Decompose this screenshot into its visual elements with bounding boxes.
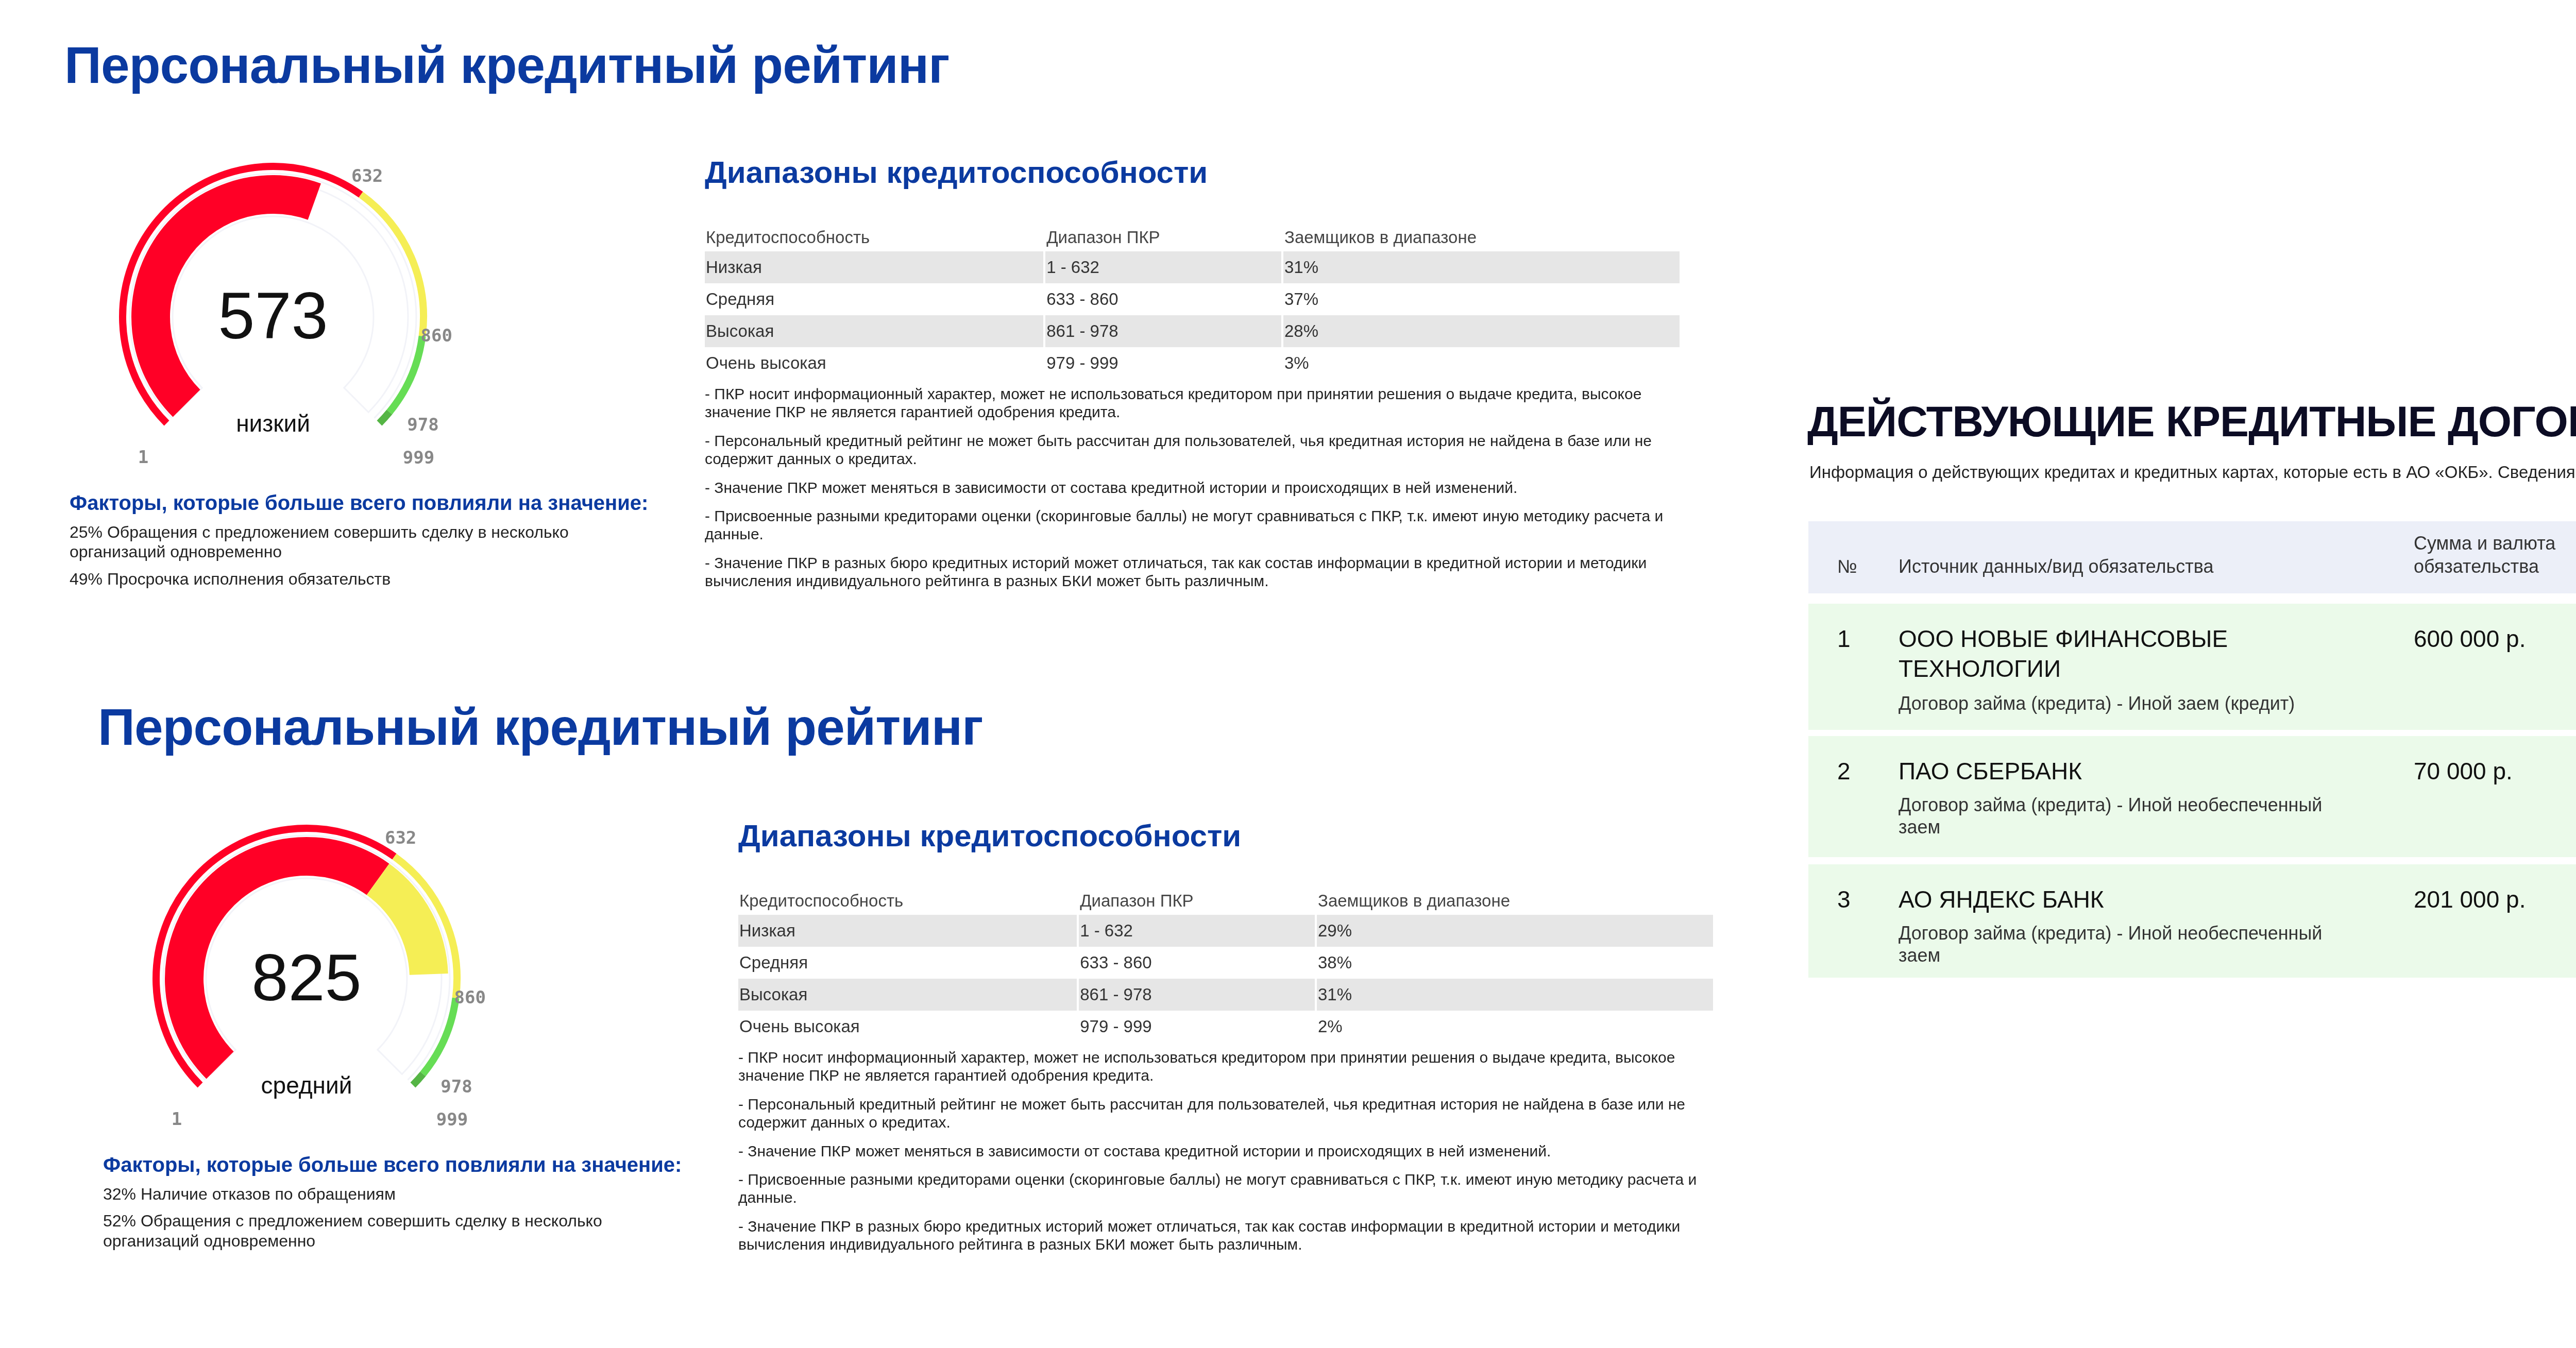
col-borrowers-share: Заемщиков в диапазоне bbox=[1283, 216, 1680, 251]
contract-row[interactable]: 3 АО ЯНДЕКС БАНК Договор займа (кредита)… bbox=[1808, 864, 2576, 978]
notes-1: - ПКР носит информационный характер, мож… bbox=[705, 385, 1684, 601]
col-creditworthiness: Кредитоспособность bbox=[705, 216, 1043, 251]
factor-item: 49% Просрочка исполнения обязательств bbox=[70, 569, 662, 589]
col-num: № bbox=[1837, 555, 1857, 578]
contracts-title: Действующие кредитные договоры bbox=[1807, 397, 2576, 447]
cell: 28% bbox=[1283, 315, 1680, 347]
cell: Средняя bbox=[705, 283, 1043, 315]
cell: Высокая bbox=[705, 315, 1043, 347]
obligation-type: Договор займа (кредита) - Иной необеспеч… bbox=[1899, 794, 2352, 838]
credit-score-value: 573 bbox=[67, 278, 479, 354]
cell: 37% bbox=[1283, 283, 1680, 315]
amount: 201 000 р. bbox=[2414, 885, 2526, 915]
row-num: 2 bbox=[1837, 757, 1851, 787]
table-row: Средняя 633 - 860 37% bbox=[705, 283, 1680, 315]
note: - Значение ПКР может меняться в зависимо… bbox=[738, 1142, 1717, 1161]
note: - Персональный кредитный рейтинг не може… bbox=[705, 432, 1684, 469]
cell: Высокая bbox=[738, 979, 1077, 1011]
cell: 3% bbox=[1283, 347, 1680, 379]
cell: Очень высокая bbox=[705, 347, 1043, 379]
cell: 38% bbox=[1317, 947, 1713, 979]
table-row: Средняя 633 - 860 38% bbox=[738, 947, 1713, 979]
factors-title: Факторы, которые больше всего повлияли н… bbox=[103, 1154, 696, 1177]
cell: 861 - 978 bbox=[1079, 979, 1315, 1011]
contracts-subtitle: Информация о действующих кредитах и кред… bbox=[1809, 463, 2576, 482]
panel-2-title: Персональный кредитный рейтинг bbox=[98, 698, 983, 757]
ranges-title-1: Диапазоны кредитоспособности bbox=[705, 155, 1208, 190]
cell: 861 - 978 bbox=[1045, 315, 1281, 347]
cell: 1 - 632 bbox=[1079, 915, 1315, 947]
obligation-type: Договор займа (кредита) - Иной заем (кре… bbox=[1899, 692, 2362, 714]
table-row: Очень высокая 979 - 999 2% bbox=[738, 1011, 1713, 1043]
row-num: 3 bbox=[1837, 885, 1851, 915]
credit-score-gauge-2: 1632860978999 825 средний bbox=[100, 809, 513, 1138]
gauge-tick-label: 632 bbox=[385, 828, 416, 848]
gauge-tick-label: 1 bbox=[172, 1109, 182, 1130]
creditor-name: ООО НОВЫЕ ФИНАНСОВЫЕ ТЕХНОЛОГИИ bbox=[1899, 624, 2362, 684]
note: - Значение ПКР может меняться в зависимо… bbox=[705, 479, 1684, 497]
table-row: Низкая 1 - 632 31% bbox=[705, 251, 1680, 283]
cell: 979 - 999 bbox=[1045, 347, 1281, 379]
note: - Персональный кредитный рейтинг не може… bbox=[738, 1096, 1717, 1132]
row-num: 1 bbox=[1837, 624, 1851, 654]
ranges-table-2: Кредитоспособность Диапазон ПКР Заемщико… bbox=[736, 880, 1715, 1043]
gauge-tick-label: 1 bbox=[138, 447, 148, 468]
factor-item: 25% Обращения с предложением совершить с… bbox=[70, 522, 662, 562]
cell: Очень высокая bbox=[738, 1011, 1077, 1043]
cell: Средняя bbox=[738, 947, 1077, 979]
factors-title: Факторы, которые больше всего повлияли н… bbox=[70, 492, 662, 515]
col-pkr-range: Диапазон ПКР bbox=[1045, 216, 1281, 251]
note: - Присвоенные разными кредиторами оценки… bbox=[738, 1171, 1717, 1207]
creditor-name: ПАО СБЕРБАНК bbox=[1899, 757, 2362, 787]
table-row: Очень высокая 979 - 999 3% bbox=[705, 347, 1680, 379]
col-pkr-range: Диапазон ПКР bbox=[1079, 880, 1315, 915]
factors-section-2: Факторы, которые больше всего повлияли н… bbox=[103, 1154, 696, 1251]
cell: 31% bbox=[1283, 251, 1680, 283]
cell: 633 - 860 bbox=[1045, 283, 1281, 315]
note: - ПКР носит информационный характер, мож… bbox=[705, 385, 1684, 422]
ranges-title-2: Диапазоны кредитоспособности bbox=[738, 818, 1241, 854]
creditor-name: АО ЯНДЕКС БАНК bbox=[1899, 885, 2362, 915]
cell: 29% bbox=[1317, 915, 1713, 947]
col-creditworthiness: Кредитоспособность bbox=[738, 880, 1077, 915]
cell: Низкая bbox=[705, 251, 1043, 283]
gauge-tick-label: 999 bbox=[403, 448, 434, 468]
notes-2: - ПКР носит информационный характер, мож… bbox=[738, 1049, 1717, 1265]
note: - ПКР носит информационный характер, мож… bbox=[738, 1049, 1717, 1085]
credit-score-value: 825 bbox=[100, 940, 513, 1016]
credit-score-level: низкий bbox=[67, 409, 479, 437]
cell: Низкая bbox=[738, 915, 1077, 947]
ranges-header-row: Кредитоспособность Диапазон ПКР Заемщико… bbox=[705, 216, 1680, 251]
amount: 70 000 р. bbox=[2414, 757, 2513, 787]
col-source: Источник данных/вид обязательства bbox=[1899, 555, 2214, 578]
factor-item: 32% Наличие отказов по обращениям bbox=[103, 1184, 696, 1204]
credit-score-level: средний bbox=[100, 1071, 513, 1099]
credit-score-gauge-1: 1632860978999 573 низкий bbox=[67, 147, 479, 476]
amount: 600 000 р. bbox=[2414, 624, 2526, 654]
contract-row[interactable]: 2 ПАО СБЕРБАНК Договор займа (кредита) -… bbox=[1808, 736, 2576, 857]
gauge-tick-label: 999 bbox=[436, 1110, 468, 1130]
table-row: Высокая 861 - 978 31% bbox=[738, 979, 1713, 1011]
contracts-table-header: № Источник данных/вид обязательства Сумм… bbox=[1808, 521, 2576, 593]
cell: 1 - 632 bbox=[1045, 251, 1281, 283]
note: - Присвоенные разными кредиторами оценки… bbox=[705, 507, 1684, 544]
contract-row[interactable]: 1 ООО НОВЫЕ ФИНАНСОВЫЕ ТЕХНОЛОГИИ Догово… bbox=[1808, 604, 2576, 730]
panel-1-title: Персональный кредитный рейтинг bbox=[64, 36, 950, 95]
table-row: Высокая 861 - 978 28% bbox=[705, 315, 1680, 347]
cell: 2% bbox=[1317, 1011, 1713, 1043]
table-row: Низкая 1 - 632 29% bbox=[738, 915, 1713, 947]
cell: 633 - 860 bbox=[1079, 947, 1315, 979]
cell: 979 - 999 bbox=[1079, 1011, 1315, 1043]
obligation-type: Договор займа (кредита) - Иной необеспеч… bbox=[1899, 922, 2352, 966]
factors-section-1: Факторы, которые больше всего повлияли н… bbox=[70, 492, 662, 589]
note: - Значение ПКР в разных бюро кредитных и… bbox=[705, 554, 1684, 591]
ranges-table-1: Кредитоспособность Диапазон ПКР Заемщико… bbox=[703, 216, 1682, 379]
col-borrowers-share: Заемщиков в диапазоне bbox=[1317, 880, 1713, 915]
ranges-header-row: Кредитоспособность Диапазон ПКР Заемщико… bbox=[738, 880, 1713, 915]
note: - Значение ПКР в разных бюро кредитных и… bbox=[738, 1218, 1717, 1254]
col-amount: Сумма и валюта обязательства bbox=[2414, 532, 2568, 578]
factor-item: 52% Обращения с предложением совершить с… bbox=[103, 1211, 696, 1251]
gauge-tick-label: 632 bbox=[351, 166, 383, 186]
cell: 31% bbox=[1317, 979, 1713, 1011]
